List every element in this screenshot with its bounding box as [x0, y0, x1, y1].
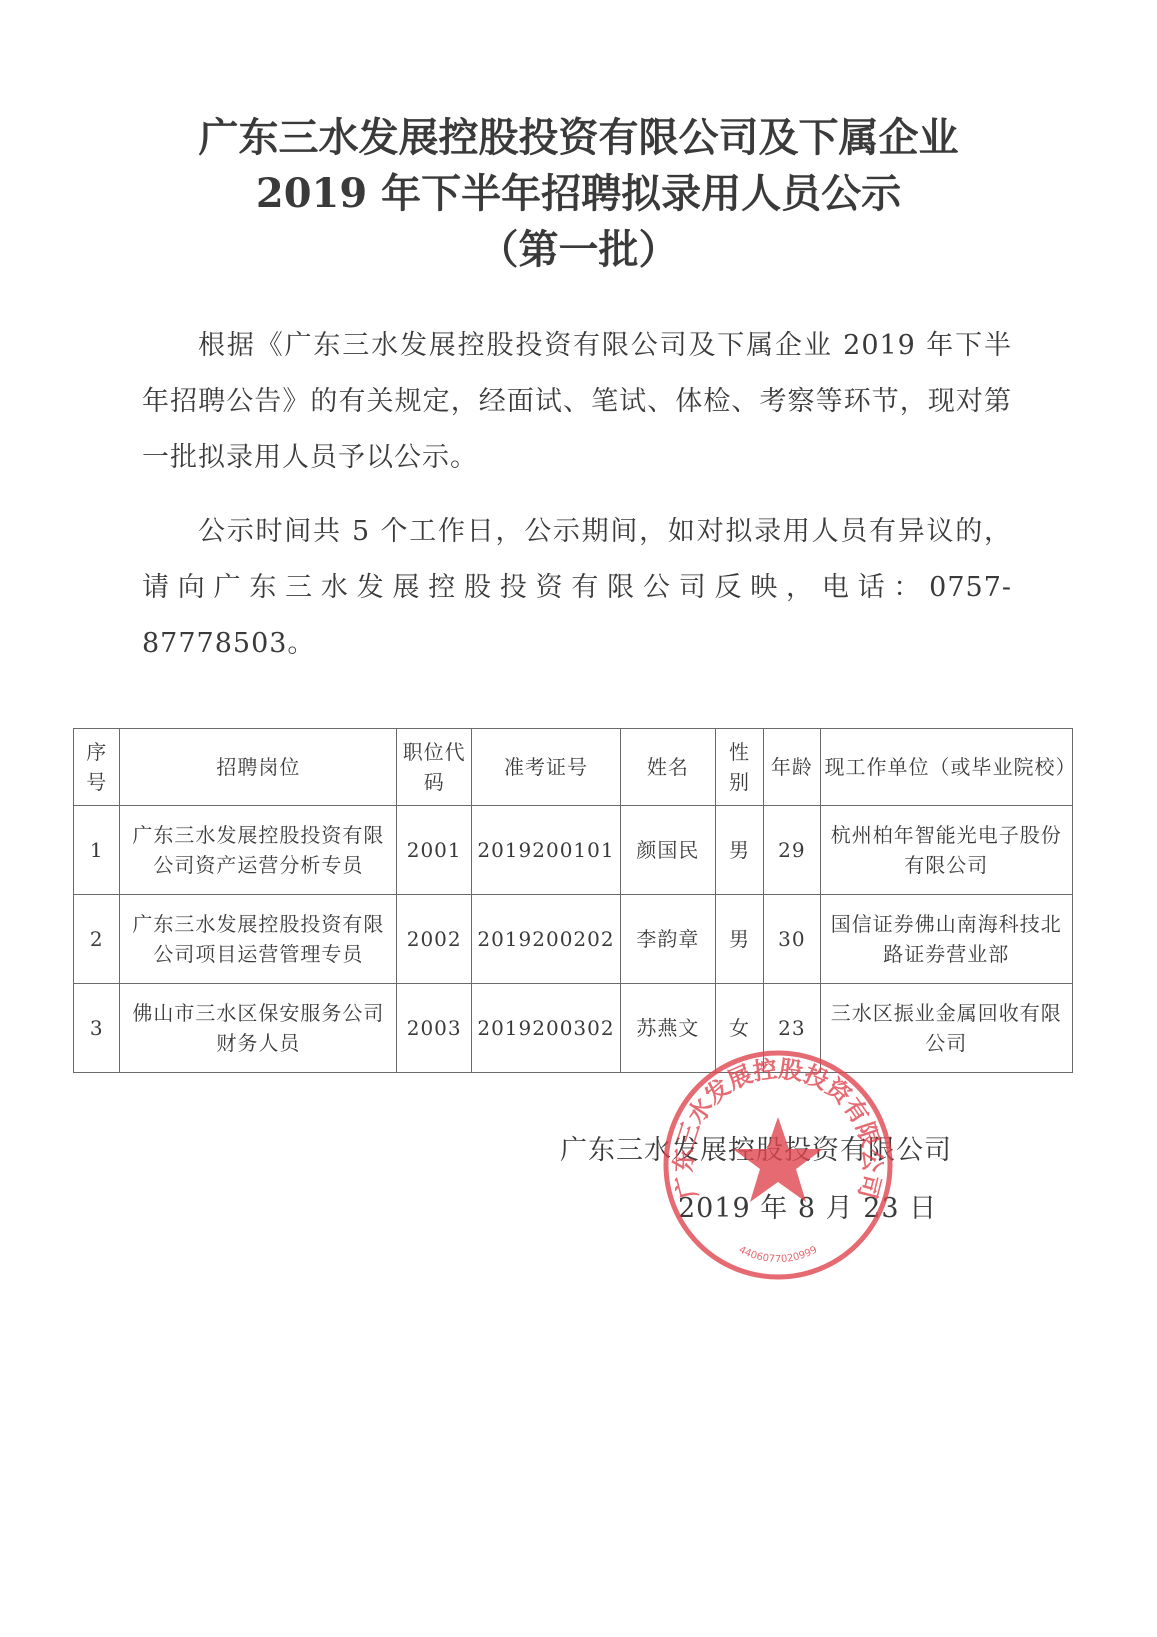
- cell-ticket: 2019200101: [472, 806, 621, 895]
- cell-code: 2003: [397, 984, 472, 1073]
- table-row: 2 广东三水发展控股投资有限公司项目运营管理专员 2002 2019200202…: [74, 895, 1073, 984]
- cell-ticket: 2019200202: [472, 895, 621, 984]
- title-line-1: 广东三水发展控股投资有限公司及下属企业: [0, 106, 1157, 163]
- cell-post: 广东三水发展控股投资有限公司资产运营分析专员: [120, 806, 397, 895]
- header-post: 招聘岗位: [120, 729, 397, 806]
- cell-code: 2002: [397, 895, 472, 984]
- cell-unit: 国信证券佛山南海科技北路证券营业部: [820, 895, 1072, 984]
- hiring-table: 序号 招聘岗位 职位代码 准考证号 姓名 性别 年龄 现工作单位（或毕业院校） …: [73, 728, 1073, 1073]
- cell-unit: 三水区振业金属回收有限公司: [820, 984, 1072, 1073]
- cell-sex: 女: [715, 984, 763, 1073]
- header-name: 姓名: [620, 729, 715, 806]
- cell-sex: 男: [715, 806, 763, 895]
- cell-seq: 1: [74, 806, 120, 895]
- cell-age: 30: [764, 895, 820, 984]
- header-sex: 性别: [715, 729, 763, 806]
- body-paragraph-2: 公示时间共 5 个工作日，公示期间，如对拟录用人员有异议的，请向广东三水发展控股…: [142, 504, 1012, 672]
- signature-date: 2019 年 8 月 23 日: [678, 1186, 937, 1225]
- cell-seq: 2: [74, 895, 120, 984]
- header-unit: 现工作单位（或毕业院校）: [820, 729, 1072, 806]
- cell-name: 李韵章: [620, 895, 715, 984]
- table-row: 3 佛山市三水区保安服务公司财务人员 2003 2019200302 苏燕文 女…: [74, 984, 1073, 1073]
- table-row: 1 广东三水发展控股投资有限公司资产运营分析专员 2001 2019200101…: [74, 806, 1073, 895]
- cell-sex: 男: [715, 895, 763, 984]
- cell-age: 23: [764, 984, 820, 1073]
- svg-text:4406077020999: 4406077020999: [737, 1244, 819, 1265]
- title-line-3: （第一批）: [0, 218, 1157, 275]
- cell-ticket: 2019200302: [472, 984, 621, 1073]
- body-paragraph-1: 根据《广东三水发展控股投资有限公司及下属企业 2019 年下半年招聘公告》的有关…: [142, 318, 1012, 486]
- header-ticket: 准考证号: [472, 729, 621, 806]
- cell-post: 广东三水发展控股投资有限公司项目运营管理专员: [120, 895, 397, 984]
- cell-name: 颜国民: [620, 806, 715, 895]
- header-age: 年龄: [764, 729, 820, 806]
- cell-seq: 3: [74, 984, 120, 1073]
- signature-company: 广东三水发展控股投资有限公司: [560, 1128, 952, 1167]
- table-header-row: 序号 招聘岗位 职位代码 准考证号 姓名 性别 年龄 现工作单位（或毕业院校）: [74, 729, 1073, 806]
- cell-name: 苏燕文: [620, 984, 715, 1073]
- cell-code: 2001: [397, 806, 472, 895]
- cell-unit: 杭州柏年智能光电子股份有限公司: [820, 806, 1072, 895]
- cell-age: 29: [764, 806, 820, 895]
- cell-post: 佛山市三水区保安服务公司财务人员: [120, 984, 397, 1073]
- header-code: 职位代码: [397, 729, 472, 806]
- title-line-2: 2019 年下半年招聘拟录用人员公示: [0, 162, 1157, 219]
- header-seq: 序号: [74, 729, 120, 806]
